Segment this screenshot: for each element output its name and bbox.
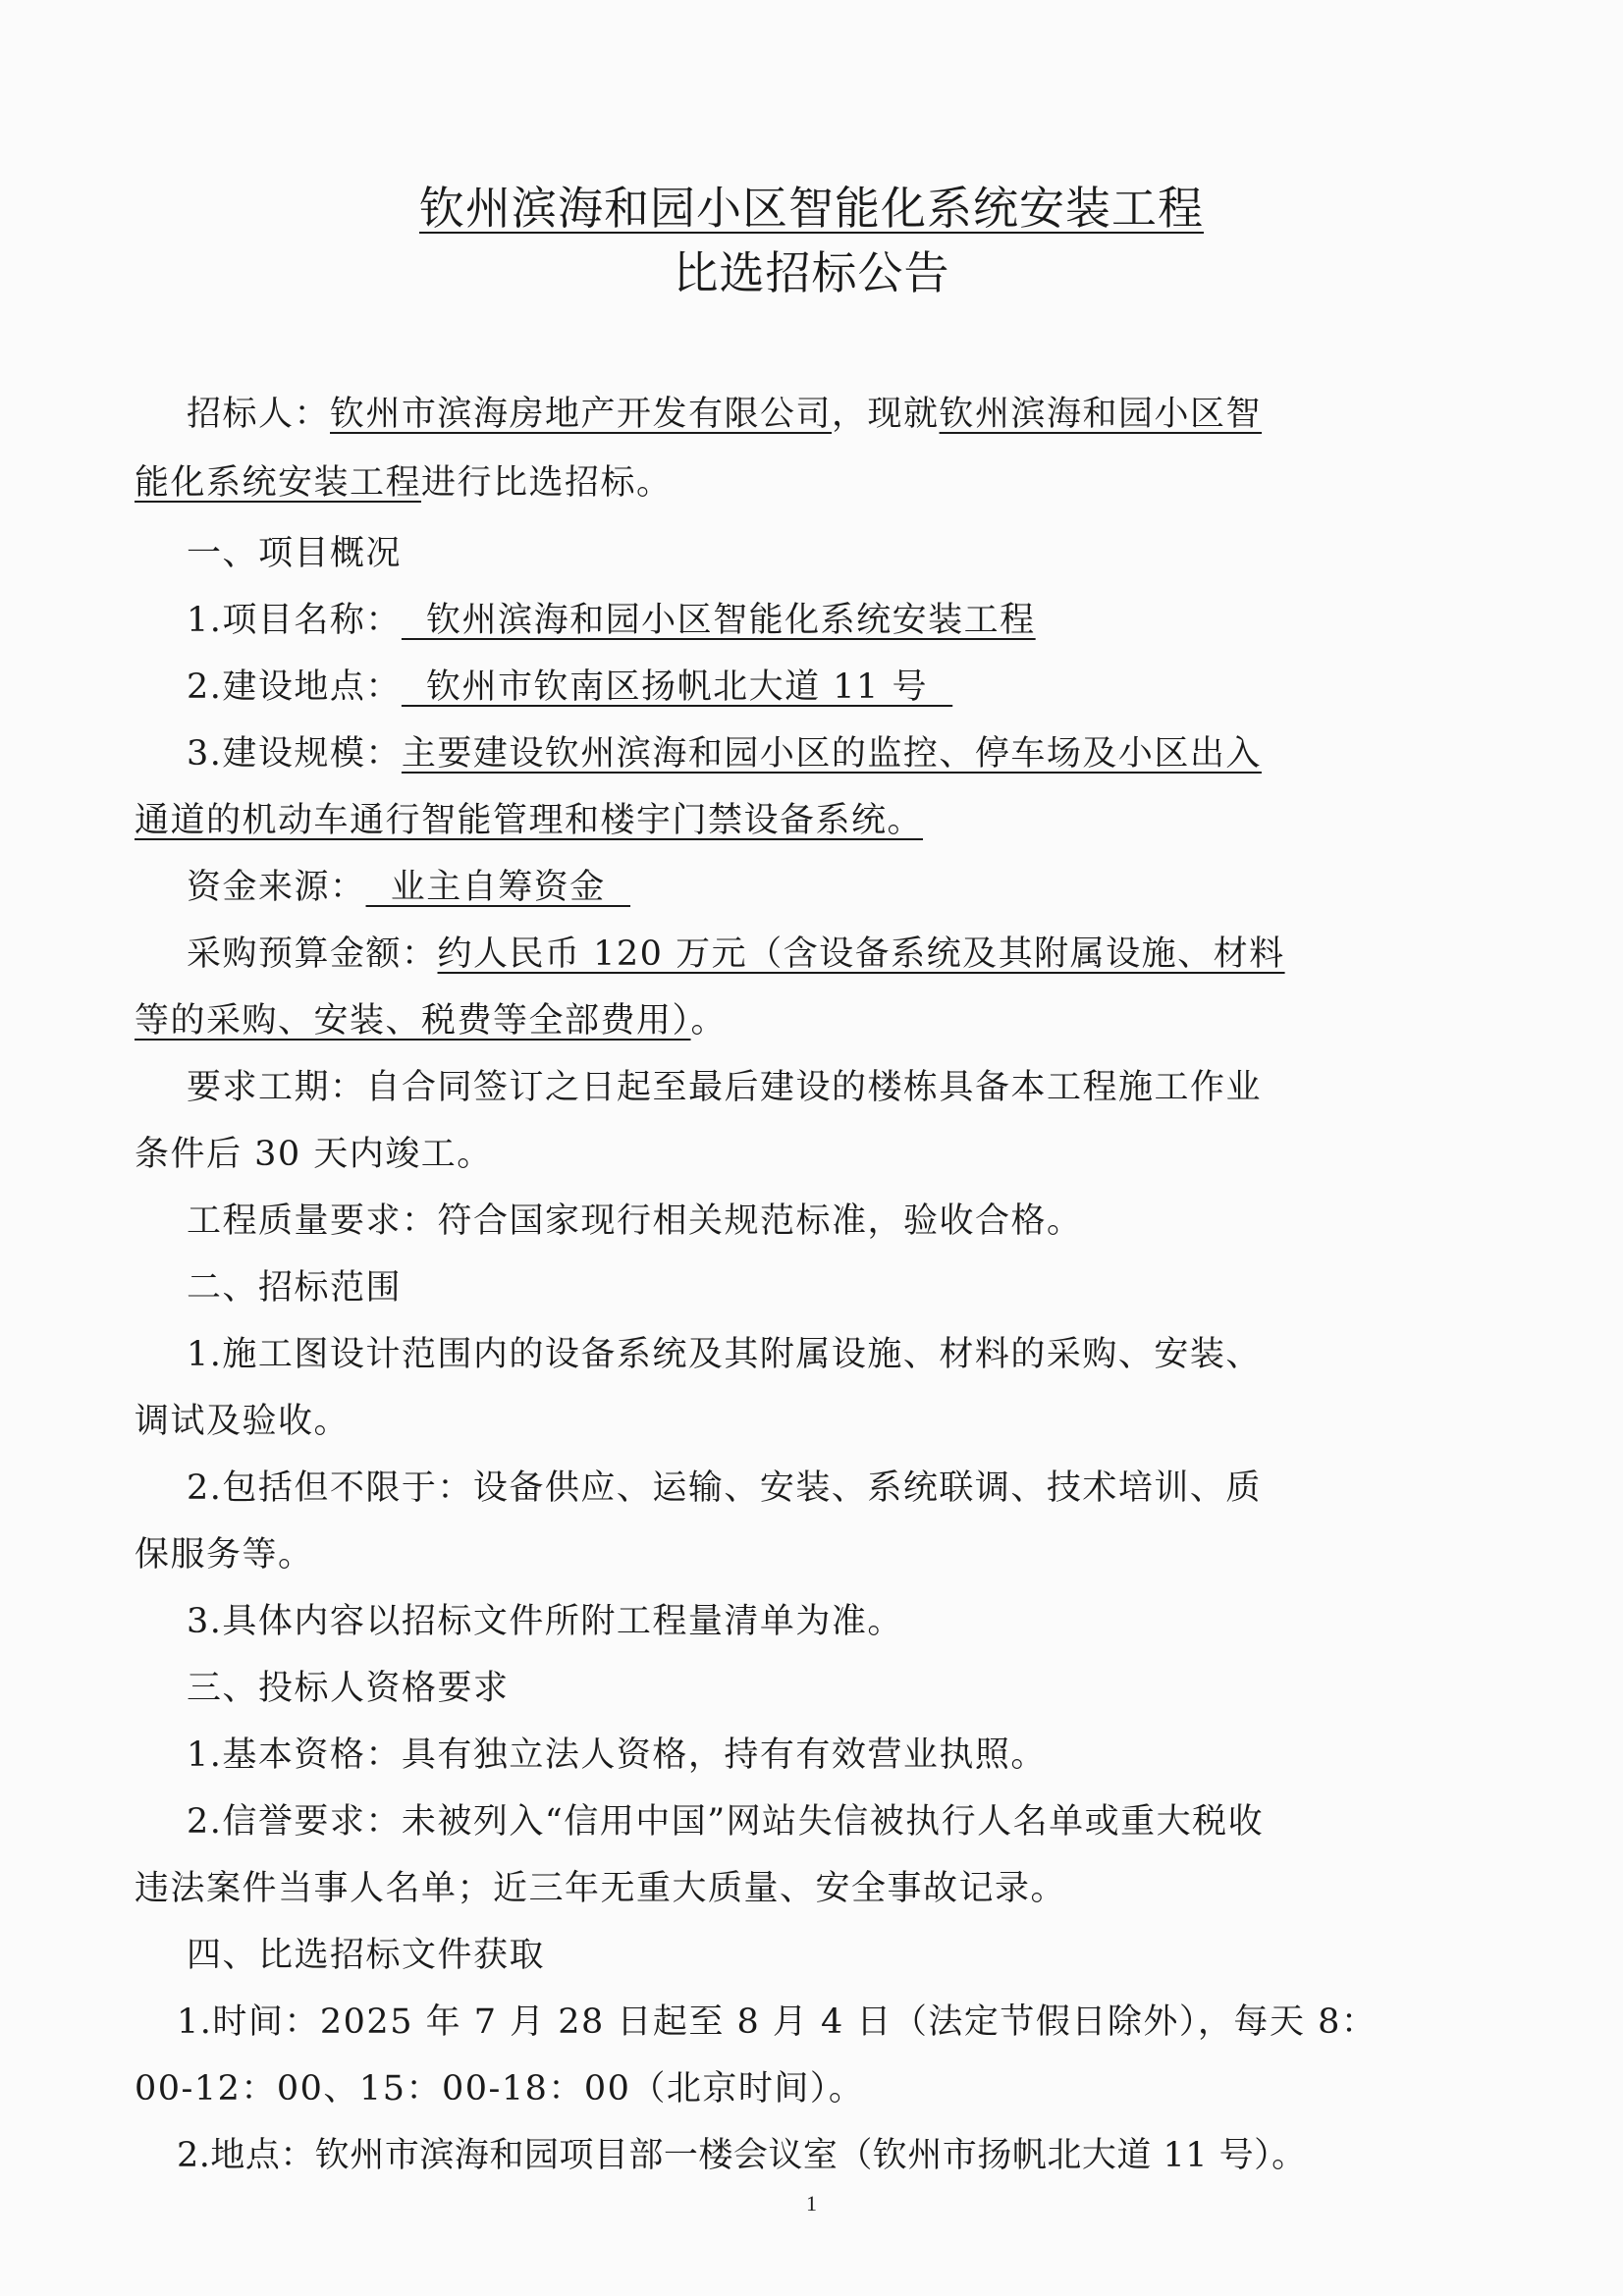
budget-value: 约人民币 120 万元（含设备系统及其附属设施、材料 bbox=[438, 934, 1285, 974]
intro-line1: 招标人：钦州市滨海房地产开发有限公司，现就钦州滨海和园小区智 bbox=[187, 391, 1262, 438]
project-name-label: 1.项目名称： bbox=[187, 601, 402, 640]
budget-label: 采购预算金额： bbox=[187, 934, 438, 974]
scale-value: 主要建设钦州滨海和园小区的监控、停车场及小区出入 bbox=[402, 734, 1262, 774]
section3-heading: 三、投标人资格要求 bbox=[187, 1665, 510, 1712]
location-value: 钦州市钦南区扬帆北大道 11 号 bbox=[402, 667, 952, 707]
scope-item2-line2: 保服务等。 bbox=[135, 1531, 314, 1578]
intro-line2: 能化系统安装工程进行比选招标。 bbox=[135, 459, 673, 507]
project-name-value: 钦州滨海和园小区智能化系统安装工程 bbox=[402, 601, 1036, 640]
page-number: 1 bbox=[0, 2191, 1623, 2216]
document-title-line2: 比选招标公告 bbox=[0, 243, 1623, 302]
scope-item2-line1: 2.包括但不限于：设备供应、运输、安装、系统联调、技术培训、质 bbox=[187, 1465, 1262, 1512]
budget-line2: 等的采购、安装、税费等全部费用）。 bbox=[135, 997, 727, 1044]
period-line1: 要求工期：自合同签订之日起至最后建设的楼栋具备本工程施工作业 bbox=[187, 1064, 1262, 1111]
title-text: 钦州滨海和园小区智能化系统安装工程 bbox=[419, 182, 1204, 235]
budget-end: 。 bbox=[691, 1001, 728, 1041]
tenderer-label: 招标人： bbox=[187, 395, 330, 434]
section1-heading: 一、项目概况 bbox=[187, 530, 402, 577]
scale-line2: 通道的机动车通行智能管理和楼宇门禁设备系统。 bbox=[135, 797, 923, 844]
period-line2: 条件后 30 天内竣工。 bbox=[135, 1131, 493, 1178]
intro-tail: 进行比选招标。 bbox=[421, 463, 673, 503]
tenderer-name: 钦州市滨海房地产开发有限公司 bbox=[330, 395, 832, 434]
budget-line1: 采购预算金额：约人民币 120 万元（含设备系统及其附属设施、材料 bbox=[187, 931, 1285, 978]
location-label: 2.建设地点： bbox=[187, 667, 402, 707]
scope-item1-line1: 1.施工图设计范围内的设备系统及其附属设施、材料的采购、安装、 bbox=[187, 1331, 1262, 1378]
intro-project-name-cont: 能化系统安装工程 bbox=[135, 463, 421, 503]
qualification-item2-line2: 违法案件当事人名单；近三年无重大质量、安全事故记录。 bbox=[135, 1865, 1066, 1912]
qualification-item1: 1.基本资格：具有独立法人资格，持有有效营业执照。 bbox=[187, 1732, 1047, 1779]
scale-line1: 3.建设规模：主要建设钦州滨海和园小区的监控、停车场及小区出入 bbox=[187, 730, 1262, 777]
acquisition-time-line1: 1.时间：2025 年 7 月 28 日起至 8 月 4 日（法定节假日除外），… bbox=[177, 1999, 1377, 2046]
project-name-line: 1.项目名称： 钦州滨海和园小区智能化系统安装工程 bbox=[187, 597, 1036, 644]
funding-label: 资金来源： bbox=[187, 868, 366, 907]
intro-project-name: 钦州滨海和园小区智 bbox=[940, 395, 1263, 434]
document-title-line1: 钦州滨海和园小区智能化系统安装工程 bbox=[0, 179, 1623, 238]
qualification-item2-line1: 2.信誉要求：未被列入“信用中国”网站失信被执行人名单或重大税收 bbox=[187, 1798, 1264, 1845]
scope-item1-line2: 调试及验收。 bbox=[135, 1398, 350, 1445]
intro-connector: ，现就 bbox=[832, 395, 940, 434]
scope-item3: 3.具体内容以招标文件所附工程量清单为准。 bbox=[187, 1598, 903, 1645]
section4-heading: 四、比选招标文件获取 bbox=[187, 1932, 545, 1979]
section2-heading: 二、招标范围 bbox=[187, 1264, 402, 1311]
document-page: 钦州滨海和园小区智能化系统安装工程 比选招标公告 招标人：钦州市滨海房地产开发有… bbox=[0, 0, 1623, 2296]
scale-value-cont: 通道的机动车通行智能管理和楼宇门禁设备系统。 bbox=[135, 801, 923, 840]
acquisition-location: 2.地点：钦州市滨海和园项目部一楼会议室（钦州市扬帆北大道 11 号）。 bbox=[177, 2132, 1307, 2179]
funding-value: 业主自筹资金 bbox=[366, 868, 631, 907]
funding-line: 资金来源： 业主自筹资金 bbox=[187, 864, 630, 911]
acquisition-time-line2: 00-12：00、15：00-18：00（北京时间）。 bbox=[135, 2065, 864, 2112]
location-line: 2.建设地点： 钦州市钦南区扬帆北大道 11 号 bbox=[187, 664, 952, 711]
budget-value-cont: 等的采购、安装、税费等全部费用） bbox=[135, 1001, 691, 1041]
scale-label: 3.建设规模： bbox=[187, 734, 402, 774]
quality-line: 工程质量要求：符合国家现行相关规范标准，验收合格。 bbox=[187, 1198, 1083, 1245]
